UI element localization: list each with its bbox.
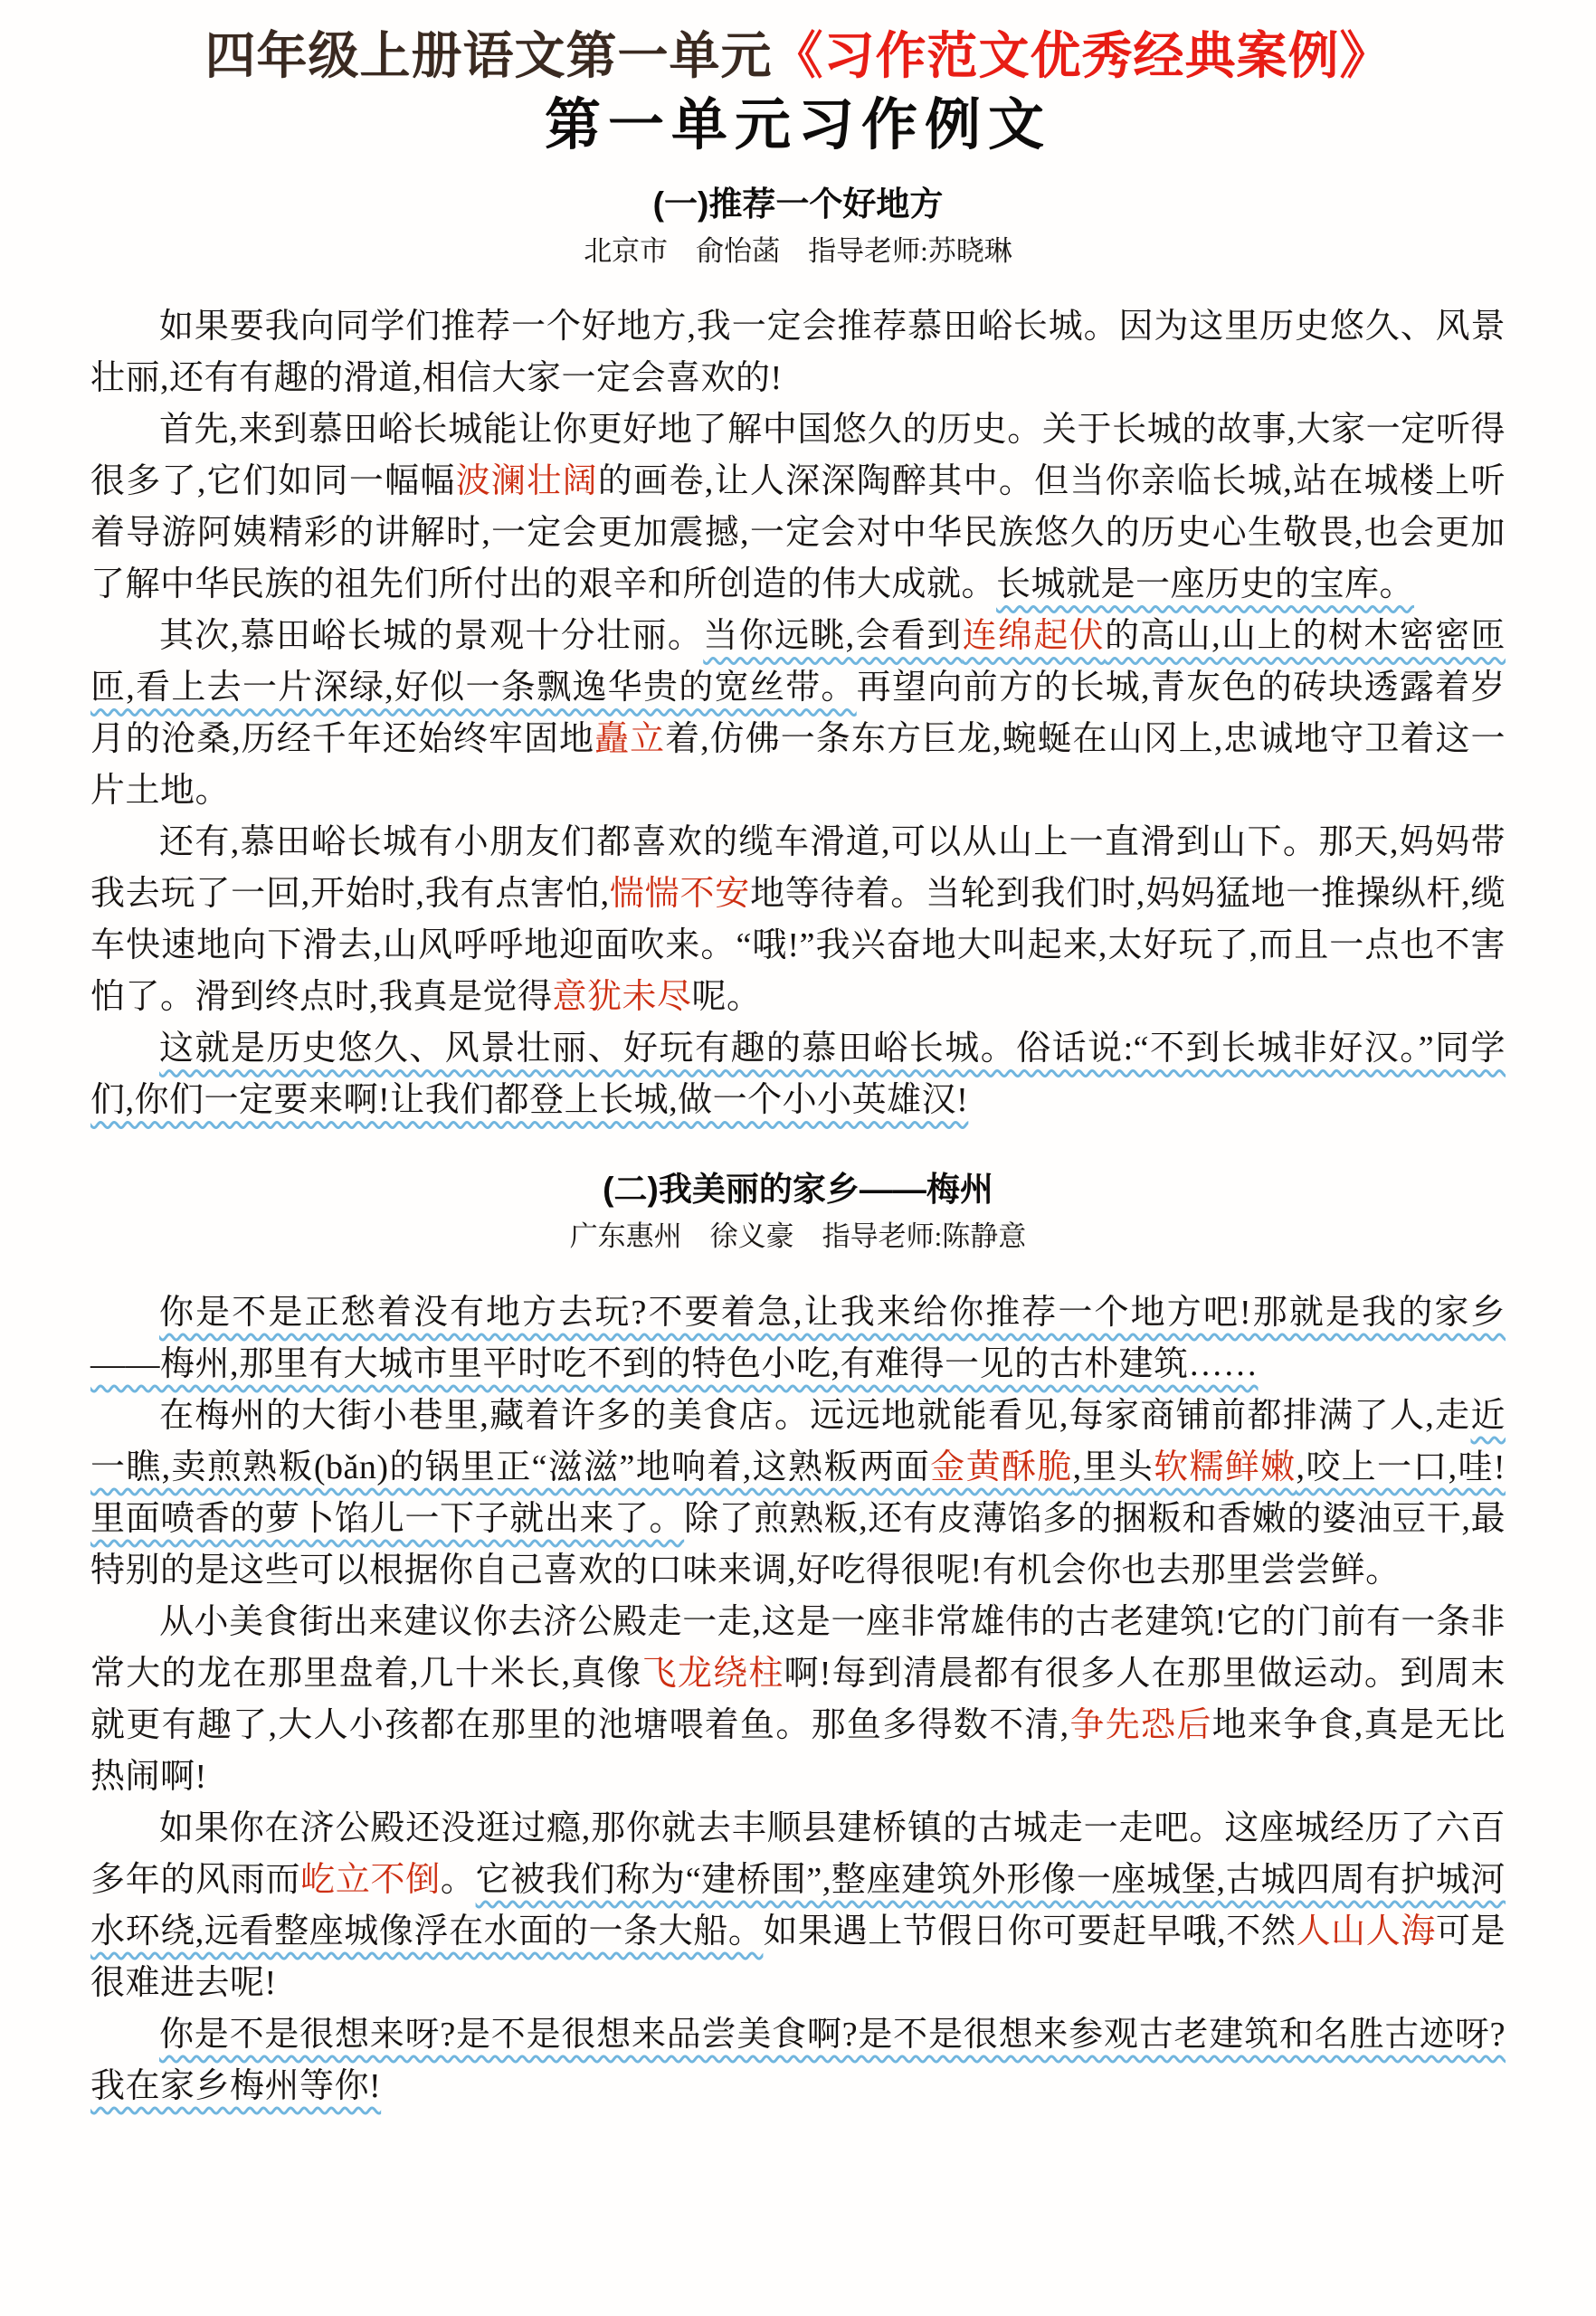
text-run: 长城就是一座历史的宝库。: [996, 565, 1414, 603]
highlight-word: 争先恐后: [1069, 1706, 1212, 1744]
text-run: 如果要我向同学们推荐一个好地方,我一定会推荐慕田峪长城。因为这里历史悠久、风景壮…: [90, 308, 1506, 397]
highlight-word: 矗立: [594, 720, 665, 758]
doc-title: 四年级上册语文第一单元《习作范文优秀经典案例》: [90, 27, 1506, 85]
text-run: 其次,慕田峪长城的景观十分壮丽。: [159, 617, 703, 655]
text-run: 在梅州的大街小巷里,藏着许多的美食店。远远地就能看见,每家商铺前都排满了人,走: [159, 1397, 1470, 1435]
highlight-word: 金黄酥脆: [930, 1448, 1072, 1486]
text-run: 这就是历史悠久、风景壮丽、好玩有趣的慕田峪长城。俗话说:“不到长城非好汉。”同学…: [90, 1030, 1506, 1119]
highlight-word: 软糯鲜嫩: [1154, 1448, 1296, 1486]
paragraph: 首先,来到慕田峪长城能让你更好地了解中国悠久的历史。关于长城的故事,大家一定听得…: [90, 404, 1506, 611]
paragraph: 如果要我向同学们推荐一个好地方,我一定会推荐慕田峪长城。因为这里历史悠久、风景壮…: [90, 301, 1506, 404]
doc-title-dark-part: 四年级上册语文第一单元: [205, 27, 773, 84]
text-run: 如果遇上节假日你可要赶早哦,不然: [763, 1913, 1296, 1951]
text-run: 。: [441, 1861, 476, 1899]
highlight-word: 惴惴不安: [610, 875, 750, 913]
paragraph: 还有,慕田峪长城有小朋友们都喜欢的缆车滑道,可以从山上一直滑到山下。那天,妈妈带…: [90, 817, 1506, 1023]
section-byline: 北京市 俞怡菡 指导老师:苏晓琳: [90, 232, 1506, 271]
essay-section: (二)我美丽的家乡——梅州 广东惠州 徐义豪 指导老师:陈静意 你是不是正愁着没…: [90, 1168, 1506, 2112]
section-body: 你是不是正愁着没有地方去玩?不要着急,让我来给你推荐一个地方吧!那就是我的家乡—…: [90, 1287, 1506, 2112]
essay-section: (一)推荐一个好地方 北京市 俞怡菡 指导老师:苏晓琳 如果要我向同学们推荐一个…: [90, 183, 1506, 1126]
text-run: 当你远眺,会看到: [703, 617, 962, 655]
highlight-word: 飞龙绕柱: [642, 1655, 784, 1693]
text-run: 呢。: [692, 978, 762, 1016]
text-run: 你是不是很想来呀?是不是很想来品尝美食啊?是不是很想来参观古老建筑和名胜古迹呀?…: [90, 2016, 1506, 2105]
paragraph: 在梅州的大街小巷里,藏着许多的美食店。远远地就能看见,每家商铺前都排满了人,走近…: [90, 1391, 1506, 1597]
highlight-word: 屹立不倒: [300, 1861, 441, 1899]
highlight-word: 意犹未尽: [553, 978, 692, 1016]
section-body: 如果要我向同学们推荐一个好地方,我一定会推荐慕田峪长城。因为这里历史悠久、风景壮…: [90, 301, 1506, 1126]
paragraph: 这就是历史悠久、风景壮丽、好玩有趣的慕田峪长城。俗话说:“不到长城非好汉。”同学…: [90, 1023, 1506, 1126]
paragraph: 从小美食街出来建议你去济公殿走一走,这是一座非常雄伟的古老建筑!它的门前有一条非…: [90, 1597, 1506, 1803]
section-title: (二)我美丽的家乡——梅州: [90, 1168, 1506, 1211]
paragraph: 你是不是正愁着没有地方去玩?不要着急,让我来给你推荐一个地方吧!那就是我的家乡—…: [90, 1287, 1506, 1391]
document-page: 四年级上册语文第一单元《习作范文优秀经典案例》 第一单元习作例文 (一)推荐一个…: [0, 0, 1596, 2316]
highlight-word: 连绵起伏: [963, 617, 1105, 655]
highlight-word: 人山人海: [1296, 1913, 1435, 1951]
paragraph: 其次,慕田峪长城的景观十分壮丽。当你远眺,会看到连绵起伏的高山,山上的树木密密匝…: [90, 611, 1506, 817]
main-heading: 第一单元习作例文: [90, 94, 1506, 158]
text-run: 你是不是正愁着没有地方去玩?不要着急,让我来给你推荐一个地方吧!那就是我的家乡—…: [90, 1294, 1506, 1383]
paragraph: 如果你在济公殿还没逛过瘾,那你就去丰顺县建桥镇的古城走一走吧。这座城经历了六百多…: [90, 1803, 1506, 2009]
text-run: ,里头: [1073, 1448, 1154, 1486]
section-title: (一)推荐一个好地方: [90, 183, 1506, 226]
highlight-word: 波澜壮阔: [456, 462, 598, 500]
doc-title-red-part: 《习作范文优秀经典案例》: [773, 27, 1392, 84]
section-byline: 广东惠州 徐义豪 指导老师:陈静意: [90, 1217, 1506, 1256]
paragraph: 你是不是很想来呀?是不是很想来品尝美食啊?是不是很想来参观古老建筑和名胜古迹呀?…: [90, 2009, 1506, 2112]
